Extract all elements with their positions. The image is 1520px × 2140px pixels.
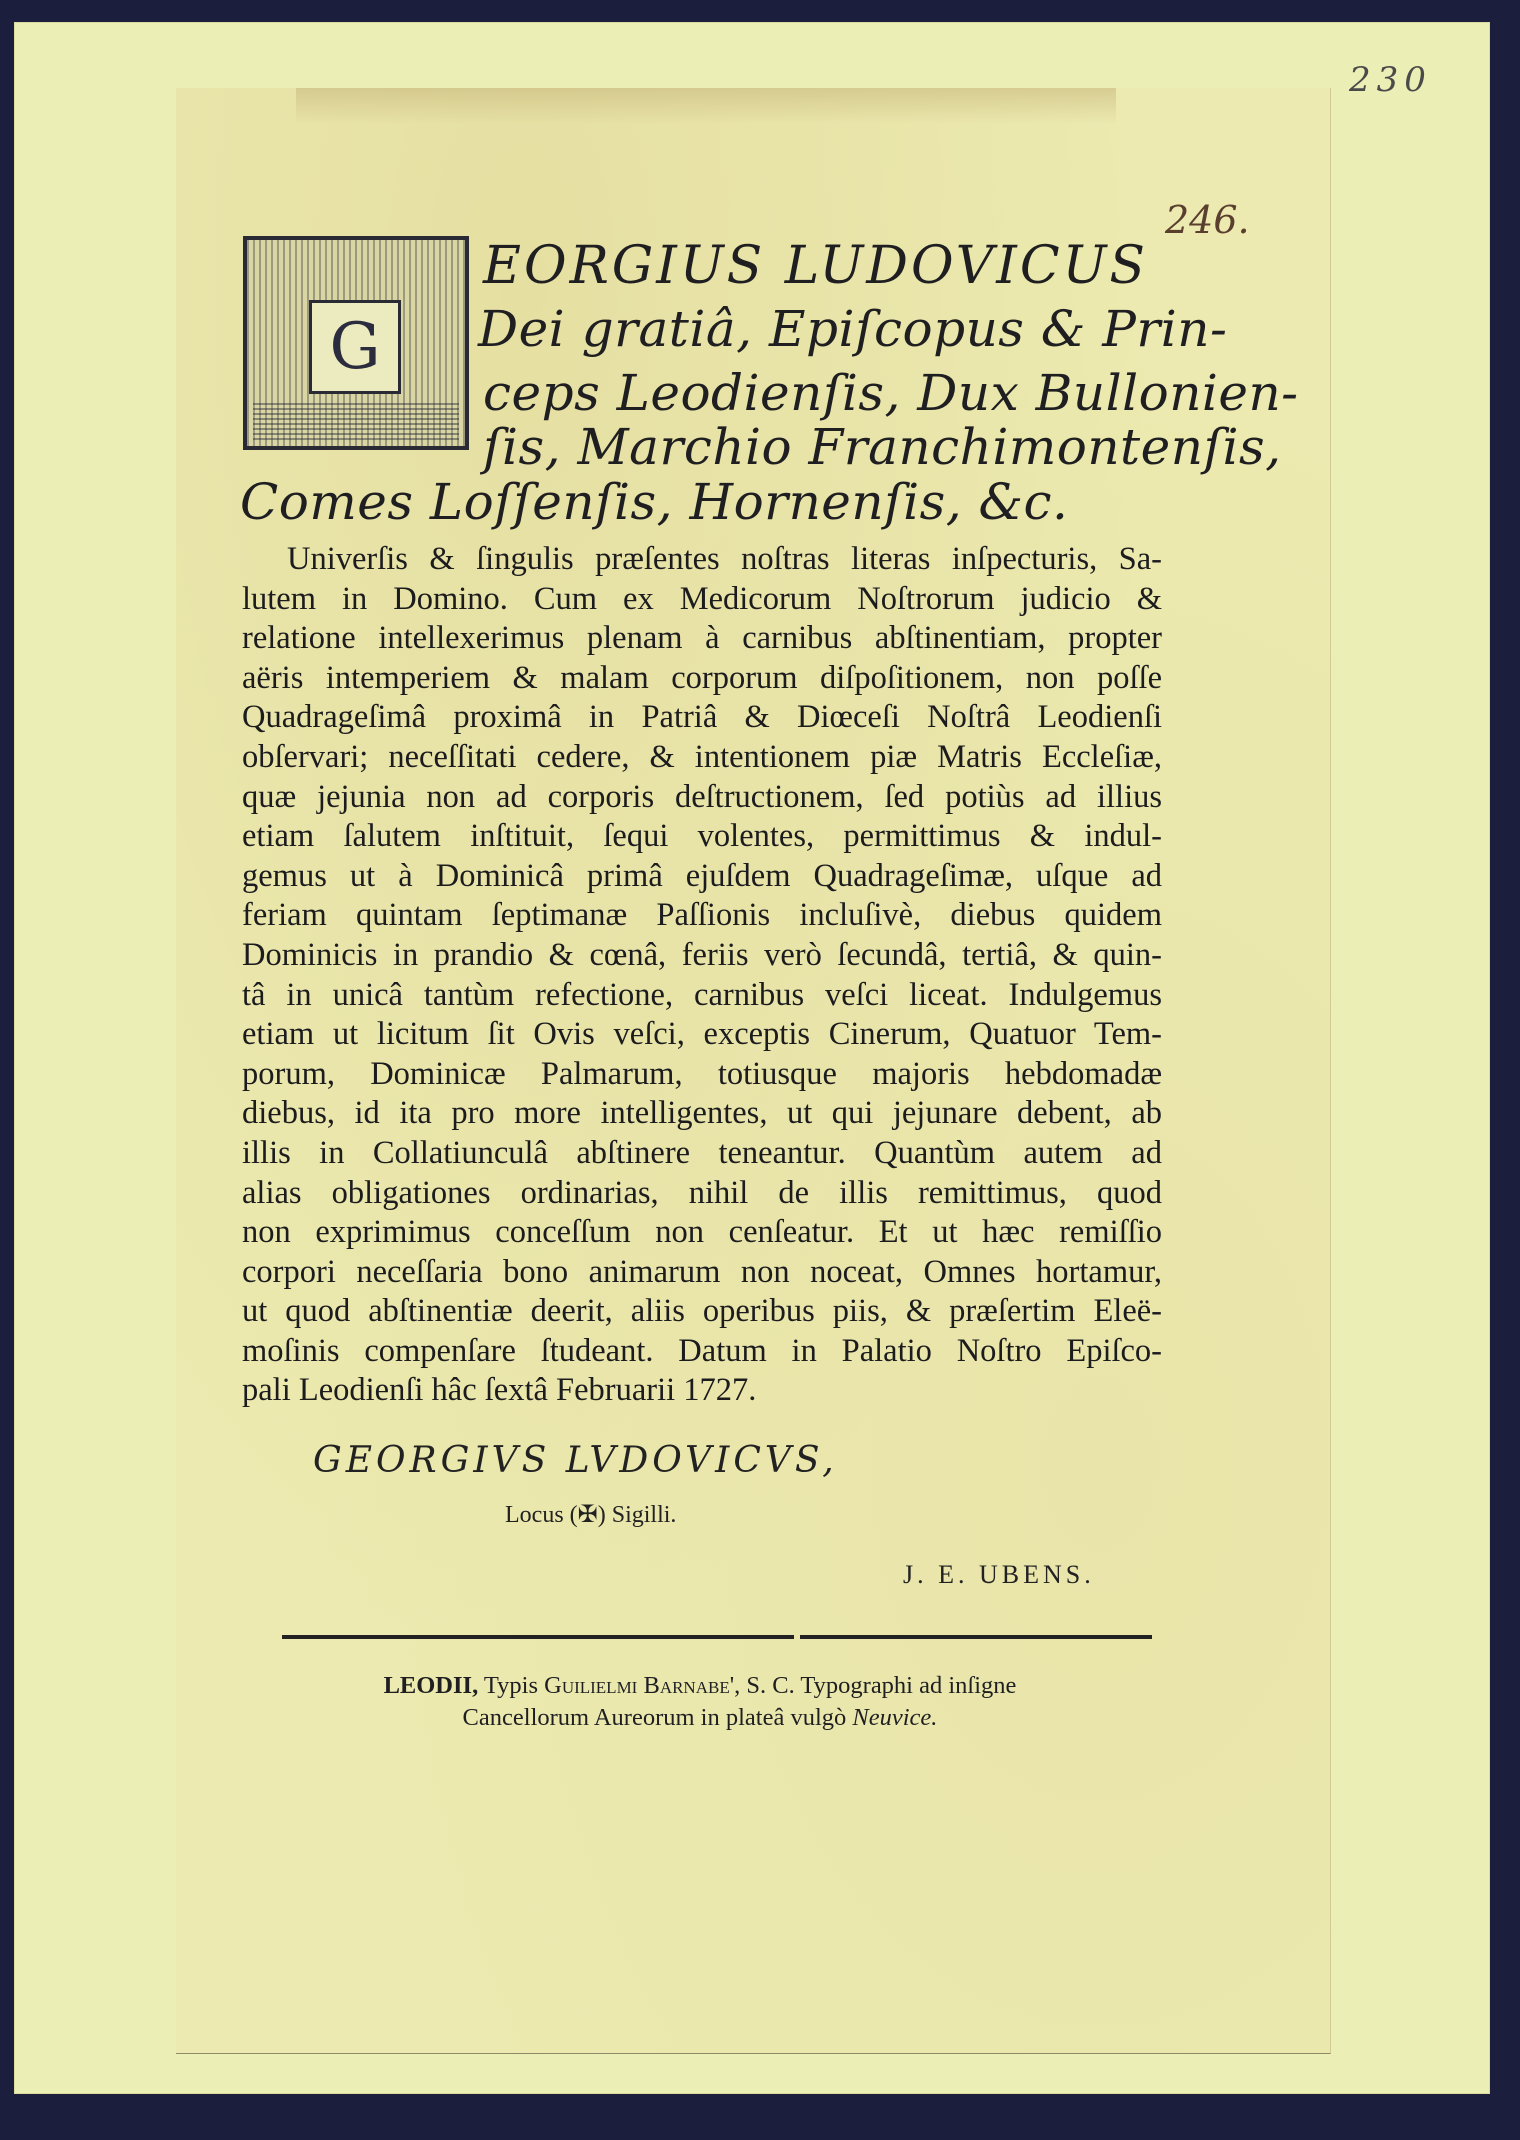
heading-line-3: ceps Leodienſis, Dux Bullonien- [483,364,1299,422]
body-line: gemus ut à Dominicâ primâ ejuſdem Quadra… [242,857,1162,897]
drop-cap-letter: G [309,300,401,394]
handwritten-folio-number: 246. [1165,198,1250,242]
body-line: aëris intemperiem & malam corporum diſpo… [242,659,1162,699]
imprint-address: Cancellorum Aureorum in plateâ vulgò [463,1704,847,1731]
body-line: porum, Dominicæ Palmarum, totiusque majo… [242,1055,1162,1095]
imprint-typis: Typis [484,1672,538,1699]
imprint-rest: S. C. Typographi ad inſigne [746,1672,1016,1699]
body-line: Quadrageſimâ proximâ in Patriâ & Diœceſi… [242,698,1162,738]
imprint-line-1: LEODII, Typis Guilielmi Barnabe', S. C. … [240,1670,1160,1702]
heading-line-5: Comes Loſſenſis, Hornenſis, &c. [240,473,1068,531]
paper-stain [296,88,1116,124]
body-line: corpori neceſſaria bono animarum non noc… [242,1253,1162,1293]
body-line: feriam quintam ſeptimanæ Paſſionis inclu… [242,896,1162,936]
archive-number: 230 [1349,60,1432,100]
countersignature: J. E. UBENS. [903,1560,1095,1590]
body-line: diebus, id ita pro more intelligentes, u… [242,1094,1162,1134]
body-line: non exprimimus conceſſum non cenſeatur. … [242,1213,1162,1253]
imprint-line-2: Cancellorum Aureorum in plateâ vulgò Neu… [240,1702,1160,1734]
heading-line-2: Dei gratiâ, Epiſcopus & Prin- [478,300,1227,358]
divider-rule-right [800,1635,1152,1639]
body-line: tâ in unicâ tantùm refectione, carnibus … [242,976,1162,1016]
divider-rule-left [282,1635,794,1639]
body-line: ut quod abſtinentiæ deerit, aliis operib… [242,1292,1162,1332]
heading-line-4: ſis, Marchio Franchimontenſis, [483,418,1282,476]
body-line: Univerſis & ſingulis præſentes noſtras l… [242,540,1162,580]
body-line: pali Leodienſi hâc ſextâ Februarii 1727. [242,1371,1162,1411]
imprint-printer: Guilielmi Barnabe', [544,1672,740,1699]
signature: GEORGIVS LVDOVICVS, [313,1440,838,1481]
printer-imprint: LEODII, Typis Guilielmi Barnabe', S. C. … [240,1670,1160,1734]
body-line: quæ jejunia non ad corporis deſtructione… [242,778,1162,818]
imprint-street: Neuvice. [852,1704,937,1731]
body-line: alias obligationes ordinarias, nihil de … [242,1174,1162,1214]
body-line: lutem in Domino. Cum ex Medicorum Noſtro… [242,580,1162,620]
body-line: moſinis compenſare ſtudeant. Datum in Pa… [242,1332,1162,1372]
ornamental-drop-cap: G [243,236,469,450]
body-line: Dominicis in prandio & cœnâ, feriis verò… [242,936,1162,976]
body-line: illis in Collatiunculâ abſtinere teneant… [242,1134,1162,1174]
body-line: relatione intellexerimus plenam à carnib… [242,619,1162,659]
seal-notation: Locus (✠) Sigilli. [505,1500,676,1529]
body-line: obſervari; neceſſitati cedere, & intenti… [242,738,1162,778]
imprint-place: LEODII, [384,1672,479,1699]
body-line: etiam ut licitum ſit Ovis veſci, excepti… [242,1015,1162,1055]
decree-body: Univerſis & ſingulis præſentes noſtras l… [242,540,1162,1411]
body-line: etiam ſalutem inſtituit, ſequi volentes,… [242,817,1162,857]
woodcut-ornament [253,400,459,440]
heading-line-1: EORGIUS LUDOVICUS [483,236,1148,296]
